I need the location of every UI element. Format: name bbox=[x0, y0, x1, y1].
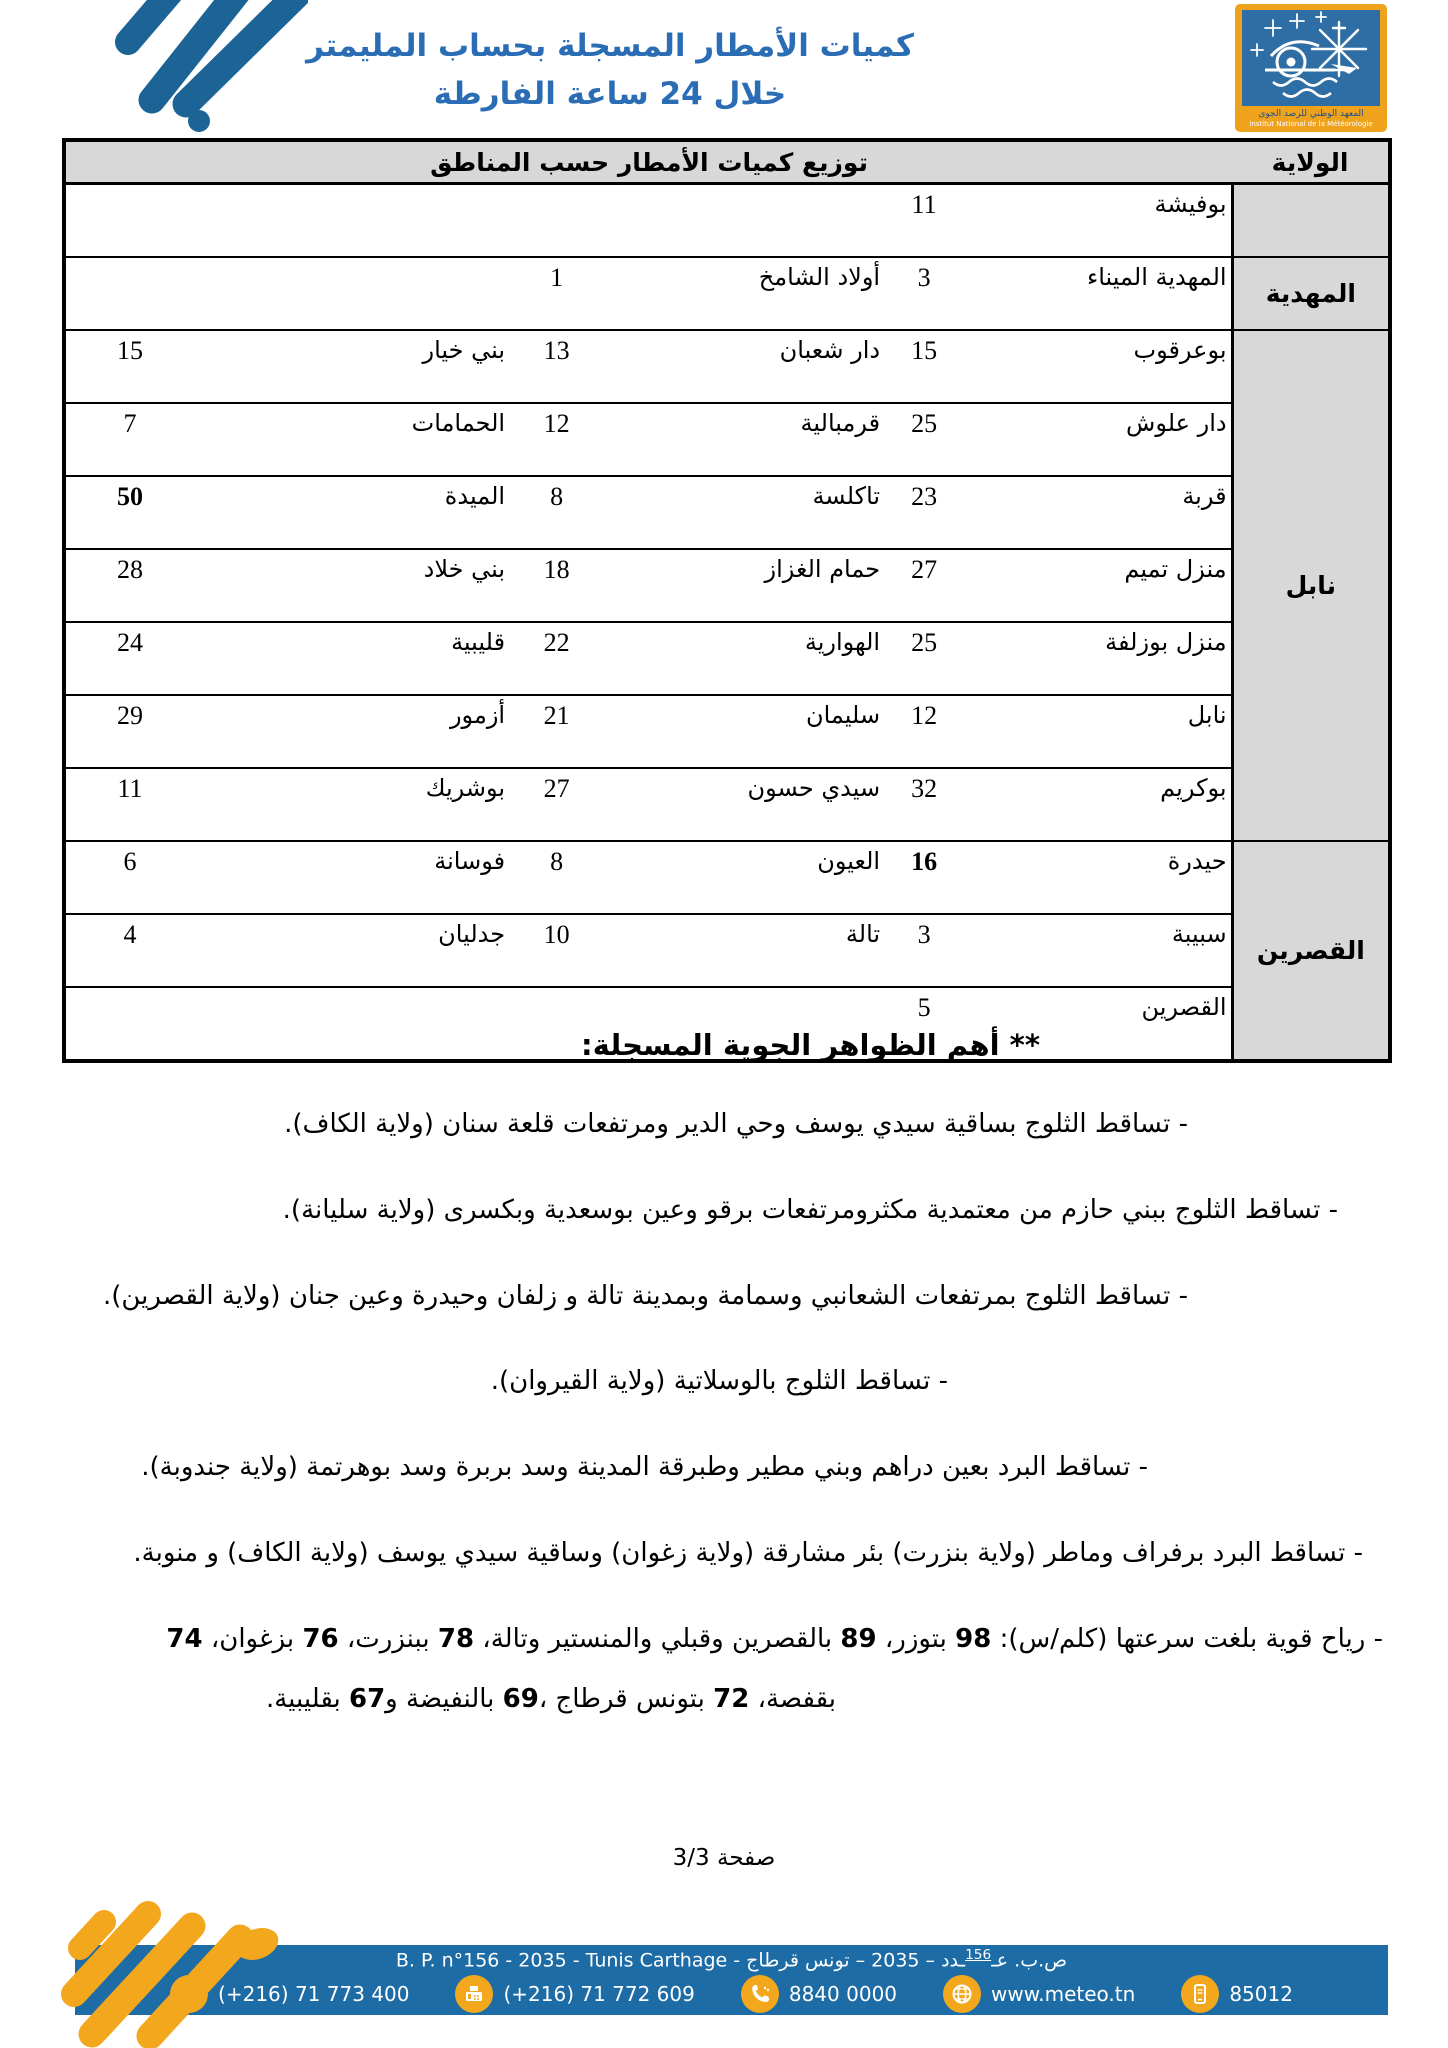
wind-text: بقليبية. bbox=[266, 1684, 349, 1714]
footer-address-number: 156 bbox=[965, 1947, 991, 1963]
phenomena-item: - تساقط الثلوج بساقية سيدي يوسف وحي الدي… bbox=[62, 1108, 1188, 1142]
globe-icon bbox=[943, 1975, 981, 2013]
wind-text: - رياح قوية بلغت سرعتها (كلم/س): bbox=[991, 1624, 1383, 1654]
footer-contact-item: (+216) 71 772 609 bbox=[455, 1975, 694, 2013]
footer-address: ص.ب. عـ156ـدد – 2035 – تونس قرطاج - B. P… bbox=[396, 1947, 1067, 1971]
place-name-cell: سليمان bbox=[604, 695, 884, 768]
place-name-cell: سيدي حسون bbox=[604, 768, 884, 841]
table-row: سبيبة3تالة10جدليان4 bbox=[64, 914, 1390, 987]
scanned-weather-report-page: { "header": { "title_line1": "كميات الأم… bbox=[0, 0, 1448, 2048]
wind-speed-value: 76 bbox=[302, 1624, 338, 1654]
place-name-cell: حمام الغزاز bbox=[604, 549, 884, 622]
footer-contact-label: (+216) 71 772 609 bbox=[503, 1982, 694, 2006]
place-name-cell: قرمبالية bbox=[604, 403, 884, 476]
table-row: منزل بوزلفة25الهوارية22قليبية24 bbox=[64, 622, 1390, 695]
rain-value-cell: 4 bbox=[64, 914, 194, 987]
table-row: القصرينحيدرة16العيون8فوسانة6 bbox=[64, 841, 1390, 914]
rain-value-cell: 32 bbox=[884, 768, 964, 841]
footer-contact-item: 8840 0000 bbox=[741, 1975, 897, 2013]
table-row: منزل تميم27حمام الغزاز18بني خلاد28 bbox=[64, 549, 1390, 622]
footer-contacts: ☎(+216) 71 773 400(+216) 71 772 6098840 … bbox=[170, 1975, 1293, 2013]
place-name-cell: حيدرة bbox=[964, 841, 1232, 914]
rain-value-cell: 18 bbox=[509, 549, 604, 622]
governorate-cell bbox=[1232, 184, 1390, 258]
place-name-cell: أزمور bbox=[194, 695, 509, 768]
rain-value-cell: 15 bbox=[64, 330, 194, 403]
rain-value-cell: 27 bbox=[509, 768, 604, 841]
table-row: قربة23تاكلسة8الميدة50 bbox=[64, 476, 1390, 549]
place-name-cell: العيون bbox=[604, 841, 884, 914]
report-title: كميات الأمطار المسجلة بحساب المليمتر خلا… bbox=[240, 22, 980, 118]
place-name-cell: الحمامات bbox=[194, 403, 509, 476]
place-name-cell: تالة bbox=[604, 914, 884, 987]
inm-emblem-logo-icon: المعهد الوطني للرصد الجوي Institut Natio… bbox=[1235, 4, 1387, 132]
wind-speed-value: 74 bbox=[166, 1624, 202, 1654]
table-row: دار علوش25قرمبالية12الحمامات7 bbox=[64, 403, 1390, 476]
rain-value-cell: 3 bbox=[884, 914, 964, 987]
place-name-cell: قليبية bbox=[194, 622, 509, 695]
governorate-cell: المهدية bbox=[1232, 257, 1390, 330]
wind-speed-value: 72 bbox=[713, 1684, 749, 1714]
rain-table-body: بوفيشة11المهديةالمهدية الميناء3أولاد الش… bbox=[64, 184, 1390, 1062]
wind-speed-value: 78 bbox=[438, 1624, 474, 1654]
wind-speed-value: 67 bbox=[349, 1684, 385, 1714]
rotary-phone-icon: ☎ bbox=[170, 1975, 208, 2013]
rain-value-cell: 7 bbox=[64, 403, 194, 476]
footer-contact-item: 85012 bbox=[1181, 1975, 1293, 2013]
place-name-cell: منزل بوزلفة bbox=[964, 622, 1232, 695]
phenomena-item: - تساقط الثلوج بمرتفعات الشعانبي وسمامة … bbox=[62, 1280, 1188, 1314]
fax-icon bbox=[455, 1975, 493, 2013]
phenomena-list: - تساقط الثلوج بساقية سيدي يوسف وحي الدي… bbox=[62, 1108, 1388, 1571]
table-row: بوفيشة11 bbox=[64, 184, 1390, 258]
handset-icon bbox=[741, 1975, 779, 2013]
phenomena-heading: ** أهم الظواهر الجوية المسجلة: bbox=[62, 1028, 1040, 1062]
phenomena-section: ** أهم الظواهر الجوية المسجلة: - تساقط ا… bbox=[62, 1028, 1388, 1742]
place-name-cell: تاكلسة bbox=[604, 476, 884, 549]
place-name-cell: فوسانة bbox=[194, 841, 509, 914]
wind-text: بالقصرين وقبلي والمنستير وتالة، bbox=[474, 1624, 840, 1654]
wind-speed-value: 69 bbox=[503, 1684, 539, 1714]
footer-address-ar-post: ـدد – 2035 – تونس قرطاج - bbox=[727, 1950, 965, 1972]
footer-address-latin: B. P. n°156 - 2035 - Tunis Carthage bbox=[396, 1950, 727, 1972]
footer-contact-label: (+216) 71 773 400 bbox=[218, 1982, 409, 2006]
rainfall-table: الولاية توزيع كميات الأمطار حسب المناطق … bbox=[62, 138, 1392, 1063]
rain-value-cell: 13 bbox=[509, 330, 604, 403]
rain-value-cell: 16 bbox=[884, 841, 964, 914]
table-row: بوكريم32سيدي حسون27بوشريك11 bbox=[64, 768, 1390, 841]
table-row: نابل12سليمان21أزمور29 bbox=[64, 695, 1390, 768]
report-title-line2: خلال 24 ساعة الفارطة bbox=[240, 70, 980, 118]
place-name-cell: بني خلاد bbox=[194, 549, 509, 622]
wind-text: بتوزر، bbox=[877, 1624, 956, 1654]
table-header-row: الولاية توزيع كميات الأمطار حسب المناطق bbox=[64, 140, 1390, 184]
footer-contact-label: 8840 0000 bbox=[789, 1982, 897, 2006]
phenomena-item: - تساقط الثلوج بالوسلاتية (ولاية القيروا… bbox=[62, 1365, 948, 1399]
rain-value-cell: 8 bbox=[509, 476, 604, 549]
wind-text: بتونس قرطاج ، bbox=[539, 1684, 713, 1714]
place-name-cell: بوكريم bbox=[964, 768, 1232, 841]
wind-speeds-line: بقفصة، 72 بتونس قرطاج ،69 بالنفيضة و67 ب… bbox=[62, 1683, 836, 1717]
table-row: نابلبوعرقوب15دار شعبان13بني خيار15 bbox=[64, 330, 1390, 403]
place-name-cell: قربة bbox=[964, 476, 1232, 549]
rain-value-cell: 11 bbox=[884, 184, 964, 258]
wind-text: بالنفيضة و bbox=[385, 1684, 503, 1714]
place-name-cell: الهوارية bbox=[604, 622, 884, 695]
phenomena-item: - تساقط الثلوج ببني حازم من معتمدية مكثر… bbox=[62, 1194, 1338, 1228]
rain-value-cell bbox=[64, 184, 194, 258]
report-title-line1: كميات الأمطار المسجلة بحساب المليمتر bbox=[240, 22, 980, 70]
rain-value-cell: 21 bbox=[509, 695, 604, 768]
phenomena-item: - تساقط البرد بعين دراهم وبني مطير وطبرق… bbox=[62, 1451, 1148, 1485]
place-name-cell: نابل bbox=[964, 695, 1232, 768]
wind-text: بقفصة، bbox=[749, 1684, 836, 1714]
inm-caption-fr: Institut National de la Météorologie bbox=[1249, 120, 1372, 128]
footer-address-ar: ص.ب. عـ bbox=[991, 1950, 1067, 1972]
wind-speed-value: 89 bbox=[840, 1624, 876, 1654]
place-name-cell: بوعرقوب bbox=[964, 330, 1232, 403]
rain-value-cell: 3 bbox=[884, 257, 964, 330]
rain-value-cell: 1 bbox=[509, 257, 604, 330]
inm-caption-ar: المعهد الوطني للرصد الجوي bbox=[1258, 109, 1363, 119]
place-name-cell: بوشريك bbox=[194, 768, 509, 841]
place-name-cell: المهدية الميناء bbox=[964, 257, 1232, 330]
rain-value-cell: 22 bbox=[509, 622, 604, 695]
footer-contact-band: ص.ب. عـ156ـدد – 2035 – تونس قرطاج - B. P… bbox=[75, 1945, 1388, 2015]
place-name-cell bbox=[604, 184, 884, 258]
wind-speeds-line: - رياح قوية بلغت سرعتها (كلم/س): 98 بتوز… bbox=[62, 1623, 1383, 1657]
footer-contact-item: www.meteo.tn bbox=[943, 1975, 1135, 2013]
place-name-cell: منزل تميم bbox=[964, 549, 1232, 622]
footer-contact-item: ☎(+216) 71 773 400 bbox=[170, 1975, 409, 2013]
wind-speed-value: 98 bbox=[955, 1624, 991, 1654]
rain-value-cell: 11 bbox=[64, 768, 194, 841]
rain-value-cell: 50 bbox=[64, 476, 194, 549]
rain-value-cell bbox=[509, 184, 604, 258]
rain-value-cell: 12 bbox=[884, 695, 964, 768]
place-name-cell bbox=[194, 257, 509, 330]
rain-value-cell: 15 bbox=[884, 330, 964, 403]
place-name-cell: بني خيار bbox=[194, 330, 509, 403]
rain-value-cell bbox=[64, 257, 194, 330]
phenomena-item: - تساقط البرد برفراف وماطر (ولاية بنزرت)… bbox=[62, 1537, 1363, 1571]
page-number-label: صفحة 3/3 bbox=[0, 1845, 1448, 1871]
mobile-sms-icon bbox=[1181, 1975, 1219, 2013]
footer-contact-label: 85012 bbox=[1229, 1982, 1293, 2006]
place-name-cell: دار شعبان bbox=[604, 330, 884, 403]
rain-value-cell: 25 bbox=[884, 622, 964, 695]
rain-value-cell: 10 bbox=[509, 914, 604, 987]
governorate-cell: نابل bbox=[1232, 330, 1390, 841]
svg-text:☎: ☎ bbox=[178, 1985, 199, 2005]
table-row: المهديةالمهدية الميناء3أولاد الشامخ1 bbox=[64, 257, 1390, 330]
place-name-cell: جدليان bbox=[194, 914, 509, 987]
rain-value-cell: 6 bbox=[64, 841, 194, 914]
rain-value-cell: 27 bbox=[884, 549, 964, 622]
governorate-column-header: الولاية bbox=[1232, 140, 1390, 184]
place-name-cell: بوفيشة bbox=[964, 184, 1232, 258]
place-name-cell: دار علوش bbox=[964, 403, 1232, 476]
rain-value-cell: 28 bbox=[64, 549, 194, 622]
wind-text: بزغوان، bbox=[203, 1624, 303, 1654]
rain-value-cell: 25 bbox=[884, 403, 964, 476]
distribution-column-header: توزيع كميات الأمطار حسب المناطق bbox=[64, 140, 1232, 184]
footer-contact-label: www.meteo.tn bbox=[991, 1982, 1135, 2006]
place-name-cell bbox=[194, 184, 509, 258]
place-name-cell: الميدة bbox=[194, 476, 509, 549]
rain-value-cell: 29 bbox=[64, 695, 194, 768]
wind-text: ببنزرت، bbox=[339, 1624, 438, 1654]
place-name-cell: سبيبة bbox=[964, 914, 1232, 987]
wind-paragraph: - رياح قوية بلغت سرعتها (كلم/س): 98 بتوز… bbox=[62, 1623, 1388, 1717]
place-name-cell: أولاد الشامخ bbox=[604, 257, 884, 330]
rain-value-cell: 12 bbox=[509, 403, 604, 476]
rain-value-cell: 24 bbox=[64, 622, 194, 695]
rain-value-cell: 23 bbox=[884, 476, 964, 549]
rain-value-cell: 8 bbox=[509, 841, 604, 914]
